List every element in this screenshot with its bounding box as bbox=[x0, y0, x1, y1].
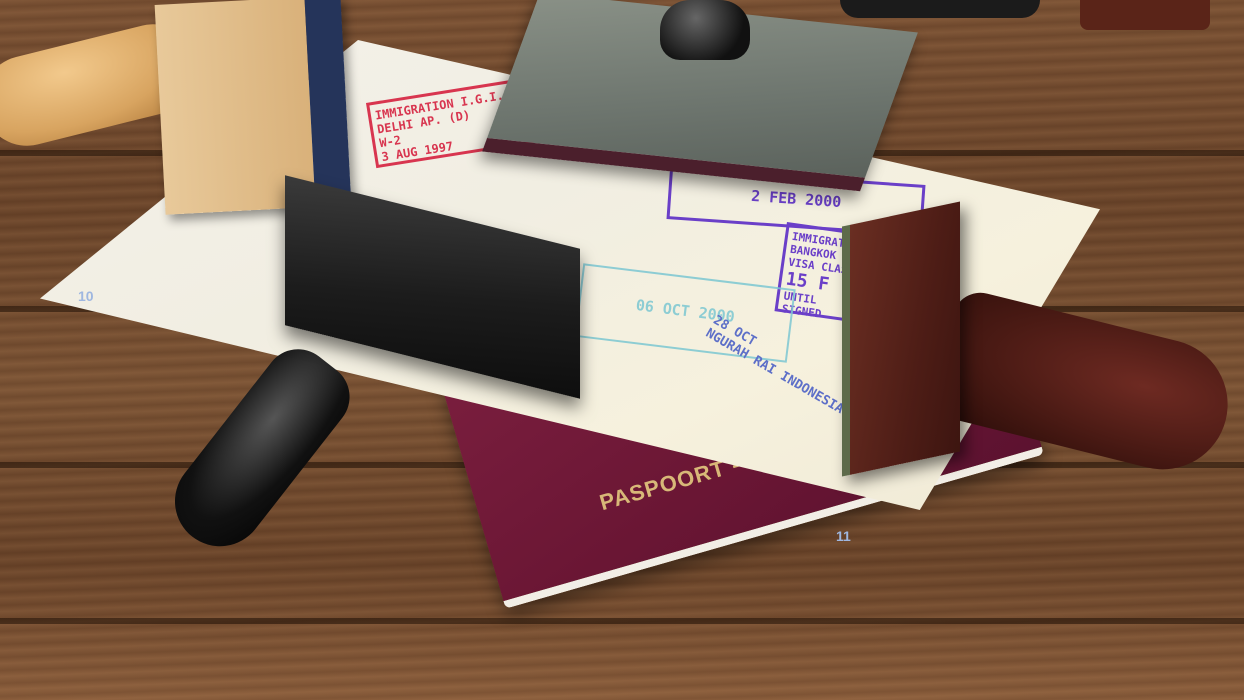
photo-scene: PASPOORT - PA SS IMMIGRATION I.G.I.A DEL… bbox=[0, 0, 1244, 700]
grey-stamp-knob bbox=[660, 0, 750, 60]
page-number-left: 10 bbox=[78, 288, 94, 304]
wooden-stamp-block bbox=[155, 0, 352, 215]
dark-object-top bbox=[840, 0, 1040, 18]
brown-stamp-block bbox=[842, 201, 960, 476]
black-stamp-handle bbox=[157, 336, 363, 565]
page-number-right: 11 bbox=[836, 528, 851, 544]
wood-object-top-right bbox=[1080, 0, 1210, 30]
